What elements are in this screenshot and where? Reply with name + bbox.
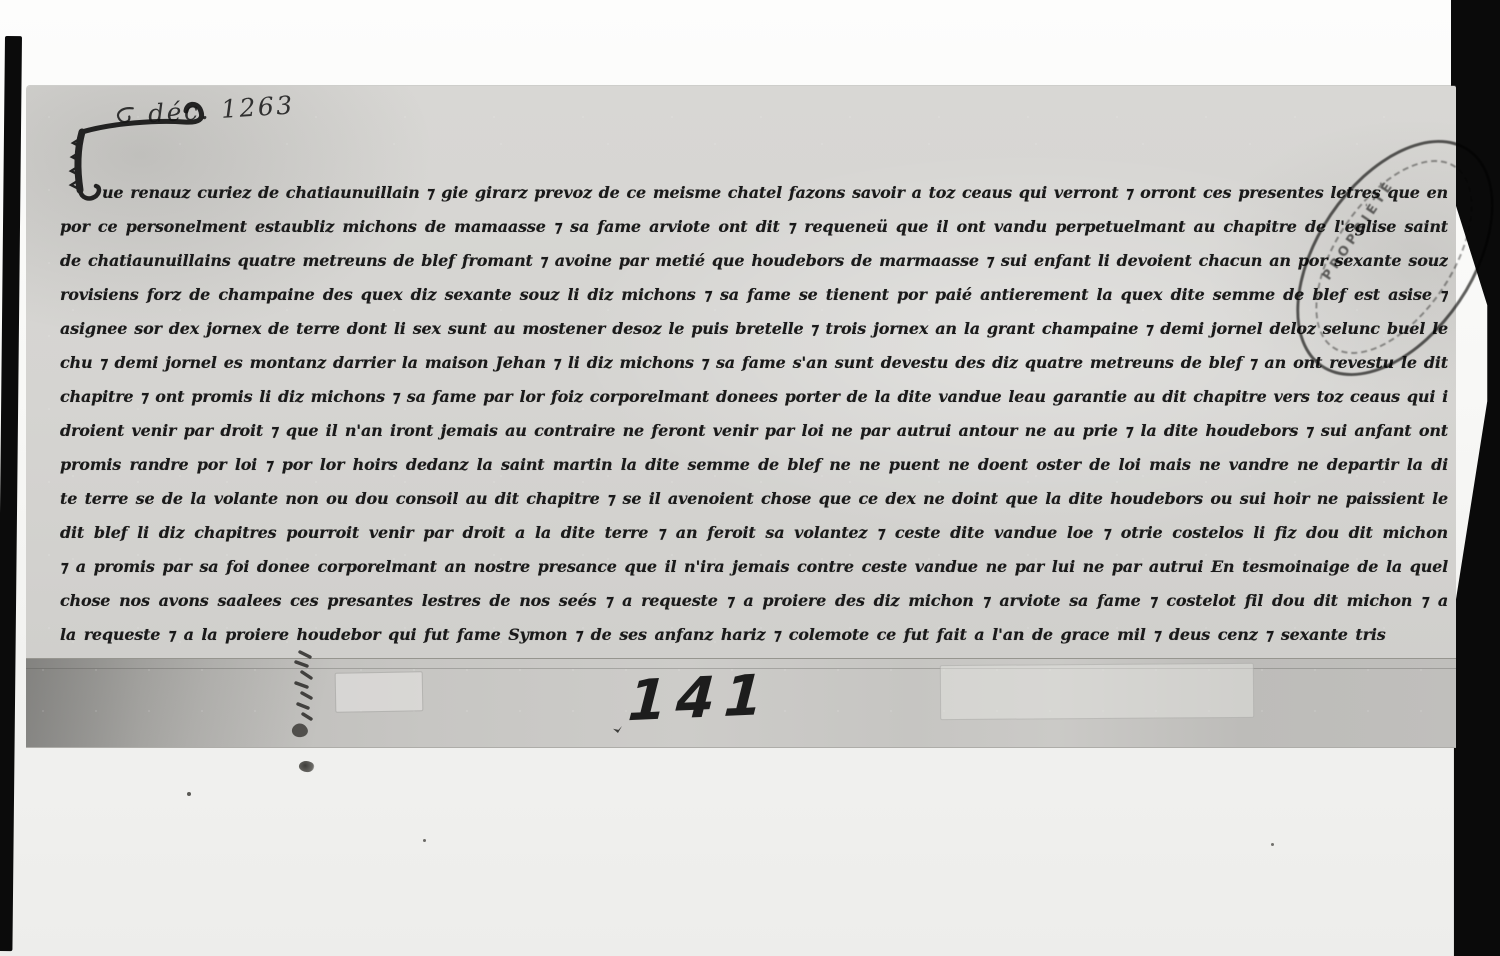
folio-number: 141: [626, 663, 774, 735]
manuscript-text-block: ue renauz curiez de chatiaunuillain ⁊ gi…: [60, 176, 1448, 652]
manuscript-line: ⁊ a promis par sa foi donee corporelmant…: [60, 550, 1448, 584]
manuscript-line: droient venir par droit ⁊ que il n'an ir…: [60, 414, 1448, 448]
manuscript-line: asignee sor dex jornex de terre dont li …: [60, 312, 1448, 346]
manuscript-line: promis randre por loi ⁊ por lor hoirs de…: [60, 448, 1448, 482]
manuscript-line: rovisiens forz de champaine des quex diz…: [60, 278, 1448, 312]
charter-photograph: déc. 1263 Q ue renauz curiez de chatiaun…: [0, 0, 1500, 956]
ink-speck: [1271, 843, 1274, 846]
ink-speck: [187, 792, 191, 796]
manuscript-line: chapitre ⁊ ont promis li diz michons ⁊ s…: [60, 380, 1448, 414]
manuscript-line: chose nos avons saalees ces presantes le…: [60, 584, 1448, 618]
manuscript-line: de chatiaunuillains quatre metreuns de b…: [60, 244, 1448, 278]
repair-patch-small: [335, 671, 424, 713]
ink-speck: [423, 839, 426, 842]
ink-speck: [298, 759, 315, 773]
manuscript-line: chu ⁊ demi jornel es montanz darrier la …: [60, 346, 1448, 380]
manuscript-line: por ce personelment estaubliz michons de…: [60, 210, 1448, 244]
manuscript-line: te terre se de la volante non ou dou con…: [60, 482, 1448, 516]
repair-patch-wide: [940, 663, 1254, 720]
manuscript-line: ue renauz curiez de chatiaunuillain ⁊ gi…: [60, 176, 1448, 210]
manuscript-line: dit blef li diz chapitres pourroit venir…: [60, 516, 1448, 550]
film-border-left: [0, 36, 22, 951]
stitch-marks-icon: [256, 646, 326, 750]
